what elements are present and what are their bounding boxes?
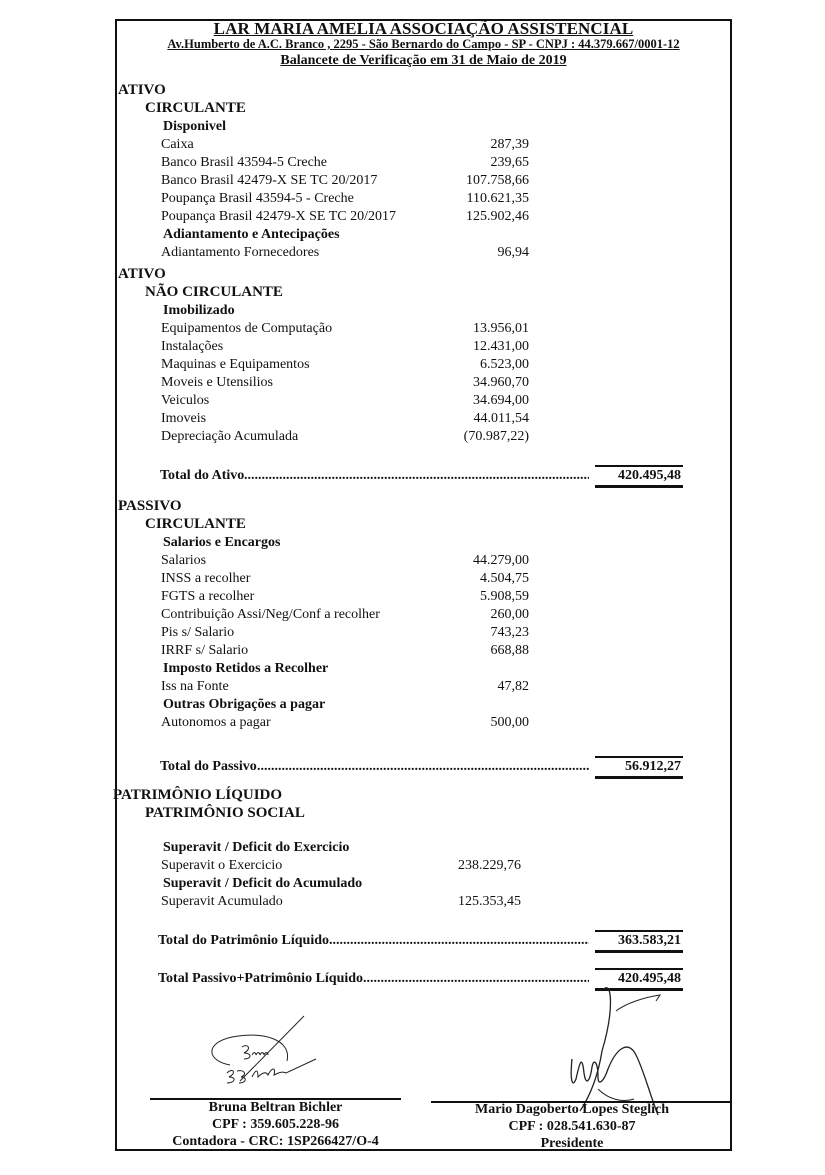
total-value: 363.583,21	[595, 930, 683, 953]
account-value: 125.902,46	[466, 208, 529, 226]
total-value: 56.912,27	[595, 756, 683, 779]
account-row: Veiculos34.694,00	[117, 392, 730, 410]
group-heading: Superavit / Deficit do Acumulado	[163, 875, 362, 893]
account-row: Maquinas e Equipamentos6.523,00	[117, 356, 730, 374]
section-subheading: CIRCULANTE	[145, 99, 246, 117]
group-heading-row: Superavit / Deficit do Exercicio	[117, 839, 730, 857]
president-role: Presidente	[447, 1135, 697, 1152]
total-label: Total do Patrimônio Líquido	[158, 932, 329, 950]
account-label: Autonomos a pagar	[161, 714, 271, 732]
account-row: Contribuição Assi/Neg/Conf a recolher260…	[117, 606, 730, 624]
account-row: Poupança Brasil 43594-5 - Creche110.621,…	[117, 190, 730, 208]
account-label: Poupança Brasil 42479-X SE TC 20/2017	[161, 208, 396, 226]
account-label: Contribuição Assi/Neg/Conf a recolher	[161, 606, 380, 624]
signature-bruna	[192, 1011, 352, 1091]
section-heading-row: ATIVO	[117, 265, 730, 283]
total-value: 420.495,48	[595, 465, 683, 488]
account-row: Pis s/ Salario743,23	[117, 624, 730, 642]
account-row: Depreciação Acumulada(70.987,22)	[117, 428, 730, 446]
president-name: Mario Dagoberto Lopes Steglich	[447, 1101, 697, 1118]
organization-address: Av.Humberto de A.C. Branco , 2295 - São …	[117, 37, 730, 52]
section-subheading: PATRIMÔNIO SOCIAL	[145, 804, 305, 822]
account-row: Banco Brasil 43594-5 Creche239,65	[117, 154, 730, 172]
group-heading: Imobilizado	[163, 302, 235, 320]
account-row: Moveis e Utensilios34.960,70	[117, 374, 730, 392]
account-value: 500,00	[491, 714, 530, 732]
accountant-block: Bruna Beltran Bichler CPF : 359.605.228-…	[150, 1099, 401, 1150]
account-row: Iss na Fonte47,82	[117, 678, 730, 696]
total-leader-dots: ........................................…	[257, 758, 589, 776]
section-heading: PASSIVO	[118, 497, 182, 515]
account-label: INSS a recolher	[161, 570, 250, 588]
account-value: (70.987,22)	[464, 428, 529, 446]
account-label: Banco Brasil 42479-X SE TC 20/2017	[161, 172, 377, 190]
signature-mario	[542, 981, 682, 1116]
group-heading: Imposto Retidos a Recolher	[163, 660, 328, 678]
account-label: Maquinas e Equipamentos	[161, 356, 310, 374]
account-row: Adiantamento Fornecedores96,94	[117, 244, 730, 262]
account-value: 34.960,70	[473, 374, 529, 392]
section-heading: ATIVO	[118, 265, 166, 283]
group-heading-row: Imobilizado	[117, 302, 730, 320]
account-value: 238.229,76	[458, 857, 521, 875]
account-row: Imoveis44.011,54	[117, 410, 730, 428]
document-title: Balancete de Verificação em 31 de Maio d…	[117, 53, 730, 69]
account-value: 44.011,54	[474, 410, 529, 428]
account-value: 5.908,59	[480, 588, 529, 606]
group-heading-row: Superavit / Deficit do Acumulado	[117, 875, 730, 893]
group-heading-row: Salarios e Encargos	[117, 534, 730, 552]
total-label: Total do Passivo	[160, 758, 257, 776]
account-value: 239,65	[491, 154, 530, 172]
group-heading-row: Imposto Retidos a Recolher	[117, 660, 730, 678]
section-heading-row: PASSIVO	[117, 497, 730, 515]
account-label: Superavit o Exercicio	[161, 857, 282, 875]
balance-sheet: LAR MARIA AMELIA ASSOCIAÇÃO ASSISTENCIAL…	[115, 19, 732, 1151]
account-label: Iss na Fonte	[161, 678, 229, 696]
account-row: Instalações12.431,00	[117, 338, 730, 356]
account-label: Caixa	[161, 136, 194, 154]
account-label: Moveis e Utensilios	[161, 374, 273, 392]
account-value: 668,88	[491, 642, 530, 660]
account-label: Salarios	[161, 552, 206, 570]
account-row: Salarios44.279,00	[117, 552, 730, 570]
section-subheading-row: NÃO CIRCULANTE	[117, 283, 730, 301]
total-row: Total do Ativo..........................…	[117, 467, 730, 485]
total-leader-dots: ........................................…	[329, 932, 589, 950]
account-row: Superavit Acumulado125.353,45	[117, 893, 730, 911]
account-value: 287,39	[491, 136, 530, 154]
account-label: Imoveis	[161, 410, 206, 428]
president-block: Mario Dagoberto Lopes Steglich CPF : 028…	[447, 1101, 697, 1152]
account-value: 12.431,00	[473, 338, 529, 356]
section-heading-row: PATRIMÔNIO LÍQUIDO	[117, 786, 730, 804]
section-subheading: CIRCULANTE	[145, 515, 246, 533]
total-row: Total do Patrimônio Líquido.............…	[117, 932, 730, 950]
account-value: 107.758,66	[466, 172, 529, 190]
account-value: 4.504,75	[480, 570, 529, 588]
group-heading-row: Disponivel	[117, 118, 730, 136]
section-heading: PATRIMÔNIO LÍQUIDO	[113, 786, 282, 804]
account-row: Banco Brasil 42479-X SE TC 20/2017107.75…	[117, 172, 730, 190]
section-subheading-row: CIRCULANTE	[117, 99, 730, 117]
account-row: Superavit o Exercicio238.229,76	[117, 857, 730, 875]
accountant-role: Contadora - CRC: 1SP266427/O-4	[150, 1133, 401, 1150]
account-label: Poupança Brasil 43594-5 - Creche	[161, 190, 354, 208]
accountant-cpf: CPF : 359.605.228-96	[150, 1116, 401, 1133]
account-label: Instalações	[161, 338, 223, 356]
account-row: Autonomos a pagar500,00	[117, 714, 730, 732]
account-value: 13.956,01	[473, 320, 529, 338]
account-label: Pis s/ Salario	[161, 624, 234, 642]
account-label: Superavit Acumulado	[161, 893, 283, 911]
account-row: Equipamentos de Computação13.956,01	[117, 320, 730, 338]
account-row: Poupança Brasil 42479-X SE TC 20/2017125…	[117, 208, 730, 226]
account-row: INSS a recolher4.504,75	[117, 570, 730, 588]
organization-name: LAR MARIA AMELIA ASSOCIAÇÃO ASSISTENCIAL	[117, 19, 730, 39]
group-heading: Salarios e Encargos	[163, 534, 280, 552]
account-value: 743,23	[491, 624, 530, 642]
account-row: Caixa287,39	[117, 136, 730, 154]
account-label: IRRF s/ Salario	[161, 642, 248, 660]
account-value: 96,94	[498, 244, 530, 262]
account-value: 6.523,00	[480, 356, 529, 374]
total-label: Total do Ativo	[160, 467, 244, 485]
section-heading-row: ATIVO	[117, 81, 730, 99]
total-label: Total Passivo+Patrimônio Líquido	[158, 970, 363, 988]
account-label: Adiantamento Fornecedores	[161, 244, 319, 262]
account-label: Veiculos	[161, 392, 209, 410]
account-label: Depreciação Acumulada	[161, 428, 298, 446]
group-heading: Outras Obrigações a pagar	[163, 696, 325, 714]
total-row: Total do Passivo........................…	[117, 758, 730, 776]
account-value: 260,00	[491, 606, 530, 624]
account-value: 110.621,35	[467, 190, 529, 208]
group-heading: Adiantamento e Antecipações	[163, 226, 340, 244]
account-label: FGTS a recolher	[161, 588, 254, 606]
section-heading: ATIVO	[118, 81, 166, 99]
account-label: Banco Brasil 43594-5 Creche	[161, 154, 327, 172]
section-subheading: NÃO CIRCULANTE	[145, 283, 283, 301]
group-heading-row: Adiantamento e Antecipações	[117, 226, 730, 244]
account-value: 47,82	[498, 678, 530, 696]
section-subheading-row: CIRCULANTE	[117, 515, 730, 533]
account-row: FGTS a recolher5.908,59	[117, 588, 730, 606]
accountant-name: Bruna Beltran Bichler	[150, 1099, 401, 1116]
account-row: IRRF s/ Salario668,88	[117, 642, 730, 660]
account-label: Equipamentos de Computação	[161, 320, 332, 338]
group-heading-row: Outras Obrigações a pagar	[117, 696, 730, 714]
president-cpf: CPF : 028.541.630-87	[447, 1118, 697, 1135]
account-value: 34.694,00	[473, 392, 529, 410]
account-value: 44.279,00	[473, 552, 529, 570]
section-subheading-row: PATRIMÔNIO SOCIAL	[117, 804, 730, 822]
group-heading: Disponivel	[163, 118, 226, 136]
account-value: 125.353,45	[458, 893, 521, 911]
total-leader-dots: ........................................…	[244, 467, 589, 485]
group-heading: Superavit / Deficit do Exercicio	[163, 839, 349, 857]
